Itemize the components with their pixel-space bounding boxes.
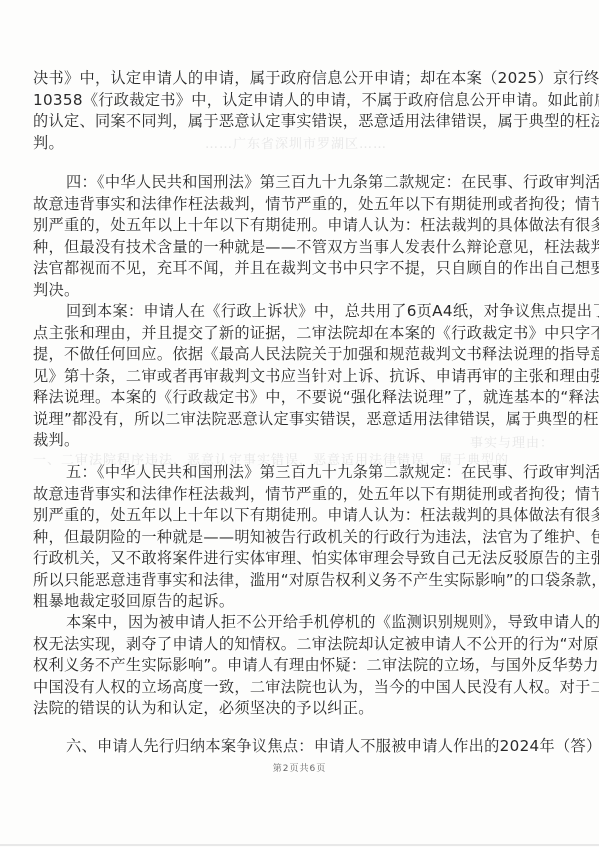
text-line: 故意违背事实和法律作枉法裁判，情节严重的，处五年以下有期徒刑或者拘役；情节特 [33,484,565,504]
text-line: 中国没有人权的立场高度一致，二审法院也认为，当今的中国人民没有人权。对于二审 [33,677,565,697]
text-line: 故意违背事实和法律作枉法裁判，情节严重的，处五年以下有期徒刑或者拘役；情节特 [33,194,565,214]
page-number: 第2页共6页 [0,761,599,774]
text-line: 裁判。 [33,430,565,450]
text-line: 本案中，因为被申请人拒不公开给手机停机的《监测识别规则》，导致申请人的知情 [66,612,565,632]
text-line: 的认定、同案不同判，属于恶意认定事实错误，恶意适用法律错误，属于典型的枉法裁 [33,111,565,131]
text-line: 粗暴地裁定驳回原告的起诉。 [33,591,565,611]
section-heading-line: 五：《中华人民共和国刑法》第三百九十九条第二款规定：在民事、行政审判活动中 [66,462,565,482]
text-line: 种，但最阴险的一种就是——明知被告行政机关的行政行为违法，法官为了维护、包庇 [33,527,565,547]
text-line: 权无法实现，剥夺了申请人的知情权。二审法院却认定被申请人不公开的行为“对原告 [33,634,565,654]
section-heading-line: 六、申请人先行归纳本案争议焦点：申请人不服被申请人作出的2024年（答）398 [66,736,565,756]
text-line: 10358《行政裁定书》中，认定申请人的申请，不属于政府信息公开申请。如此前后矛… [33,90,565,110]
text-line: 释法说理。本案的《行政裁定书》中，不要说“强化释法说理”了，就连基本的“释法 [33,387,565,407]
text-line: 见》第十条，二审或者再审裁判文书应当针对上诉、抗诉、申请再审的主张和理由强化 [33,366,565,386]
text-line: 点主张和理由，并且提交了新的证据，二审法院却在本案的《行政裁定书》中只字不 [33,323,565,343]
document-page: ……广东省深圳市罗湖区…… 事实与理由： 一、二审法院程序违法，恶意认定事实错误… [0,0,599,847]
section-heading-line: 四：《中华人民共和国刑法》第三百九十九条第二款规定：在民事、行政审判活动中 [66,172,565,192]
text-line: 判。 [33,133,565,153]
text-line: 别严重的，处五年以上十年以下有期徒刑。申请人认为：枉法裁判的具体做法有很多 [33,215,565,235]
text-line: 决书》中，认定申请人的申请，属于政府信息公开申请；却在本案（2025）京行终 [33,68,565,88]
text-line: 权利义务不产生实际影响”。申请人有理由怀疑：二审法院的立场，与国外反华势力指责 [33,655,565,675]
text-line: 提，不做任何回应。依据《最高人民法院关于加强和规范裁判文书释法说理的指导意 [33,344,565,364]
text-line: 说理”都没有，所以二审法院恶意认定事实错误，恶意适用法律错误，属于典型的枉法 [33,409,565,429]
text-line: 回到本案：申请人在《行政上诉状》中，总共用了6页A4纸，对争议焦点提出了8 [66,301,565,321]
text-line: 行政机关，又不敢将案件进行实体审理、怕实体审理会导致自己无法反驳原告的主张， [33,548,565,568]
text-line: 判决。 [33,280,565,300]
text-line: 所以只能恶意违背事实和法律，滥用“对原告权利义务不产生实际影响”的口袋条款， [33,570,565,590]
page-edge [0,844,599,846]
text-line: 种，但最没有技术含量的一种就是——不管双方当事人发表什么辩论意见，枉法裁判的 [33,237,565,257]
text-line: 别严重的，处五年以上十年以下有期徒刑。申请人认为：枉法裁判的具体做法有很多 [33,505,565,525]
text-line: 法院的错误的认为和认定，必须坚决的予以纠正。 [33,698,565,718]
text-line: 法官都视而不见，充耳不闻，并且在裁判文书中只字不提，只自顾自的作出自己想要的 [33,258,565,278]
